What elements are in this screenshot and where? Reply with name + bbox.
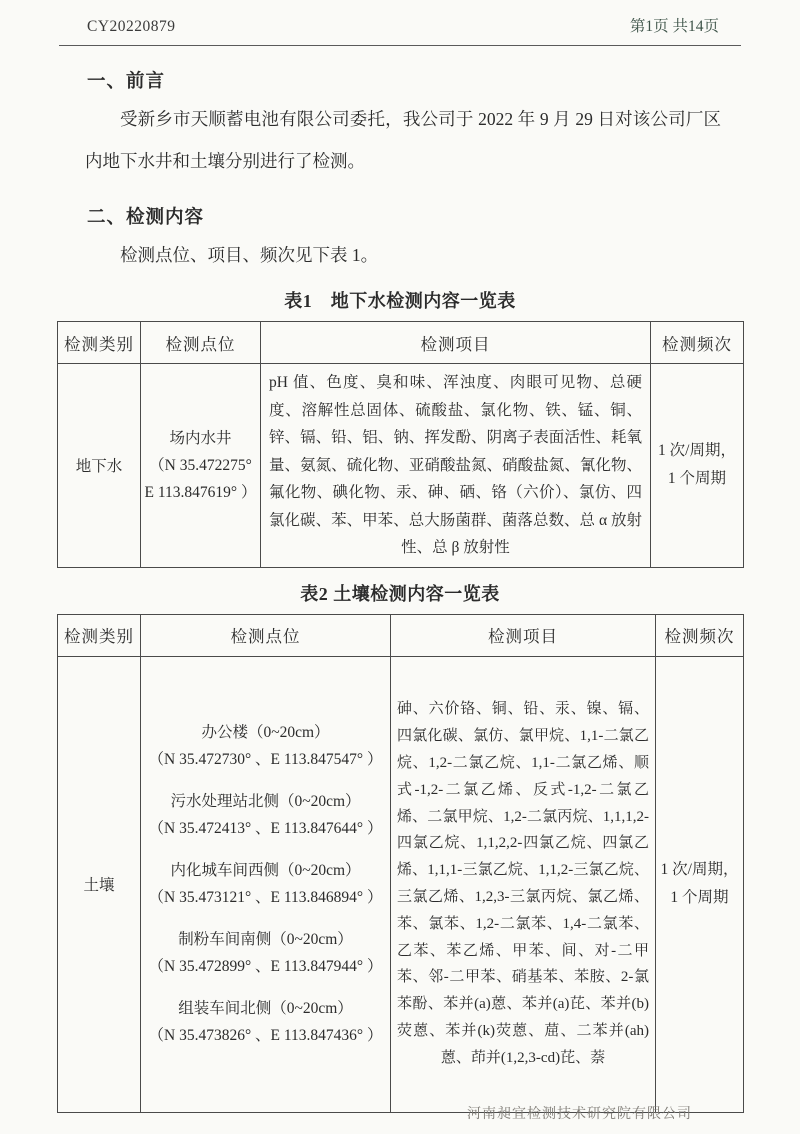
soil-table: 检测类别 检测点位 检测项目 检测频次 土壤 办公楼（0~20cm） （N 35… [57, 614, 744, 1113]
frequency-line: 1 个周期 [656, 884, 743, 912]
sampling-point-name: 办公楼（0~20cm） [141, 719, 390, 746]
page-number: 第1页 共14页 [630, 16, 719, 38]
document-number: CY20220879 [87, 16, 176, 38]
table2-title: 表2 土壤检测内容一览表 [57, 580, 743, 606]
table2-header-row: 检测类别 检测点位 检测项目 检测频次 [58, 614, 744, 656]
sampling-point: 制粉车间南侧（0~20cm） （N 35.472899° 、E 113.8479… [141, 926, 390, 980]
table2-col-items: 检测项目 [391, 614, 656, 656]
sampling-point: 办公楼（0~20cm） （N 35.472730° 、E 113.847547°… [141, 719, 390, 773]
sampling-point-coords: （N 35.472413° 、E 113.847644° ） [141, 815, 390, 842]
sampling-point-coords: （N 35.472730° 、E 113.847547° ） [141, 746, 390, 773]
table2-data-row: 土壤 办公楼（0~20cm） （N 35.472730° 、E 113.8475… [58, 656, 744, 1112]
sampling-point-coords: （N 35.473121° 、E 113.846894° ） [141, 884, 390, 911]
table1-location-cell: 场内水井 （N 35.472275° E 113.847619° ） [141, 364, 261, 568]
frequency-line: 1 个周期 [651, 465, 743, 493]
table2-col-frequency: 检测频次 [656, 614, 744, 656]
table2-col-category: 检测类别 [58, 614, 141, 656]
location-line: （N 35.472275° [141, 452, 260, 479]
footer-company-name: 河南昶宜检测技术研究院有限公司 [467, 1103, 692, 1123]
table1-frequency-cell: 1 次/周期， 1 个周期 [651, 364, 744, 568]
table1-col-frequency: 检测频次 [651, 322, 744, 364]
table2-items-cell: 砷、六价铬、铜、铅、汞、镍、镉、四氯化碳、氯仿、氯甲烷、1,1-二氯乙烷、1,2… [391, 656, 656, 1112]
location-line: E 113.847619° ） [141, 479, 260, 506]
page-header: CY20220879 第1页 共14页 [57, 16, 743, 38]
sampling-point-name: 污水处理站北侧（0~20cm） [141, 788, 390, 815]
frequency-line: 1 次/周期， [651, 437, 743, 465]
table1-category-cell: 地下水 [58, 364, 141, 568]
sampling-point: 组装车间北侧（0~20cm） （N 35.473826° 、E 113.8474… [141, 995, 390, 1049]
document-page: CY20220879 第1页 共14页 一、前言 受新乡市天顺蓄电池有限公司委托… [0, 0, 800, 1134]
sampling-point-name: 制粉车间南侧（0~20cm） [141, 926, 390, 953]
sampling-point-name: 内化城车间西侧（0~20cm） [141, 857, 390, 884]
table1-title: 表1 地下水检测内容一览表 [57, 287, 743, 313]
table2-frequency-cell: 1 次/周期， 1 个周期 [656, 656, 744, 1112]
content-intro-paragraph: 检测点位、项目、频次见下表 1。 [85, 234, 721, 276]
section-1-heading: 一、前言 [87, 67, 743, 93]
sampling-point-coords: （N 35.472899° 、E 113.847944° ） [141, 953, 390, 980]
frequency-line: 1 次/周期， [656, 856, 743, 884]
section-2-heading: 二、检测内容 [87, 203, 743, 229]
table2-category-cell: 土壤 [58, 656, 141, 1112]
sampling-point: 内化城车间西侧（0~20cm） （N 35.473121° 、E 113.846… [141, 857, 390, 911]
table1-col-category: 检测类别 [58, 322, 141, 364]
sampling-point-coords: （N 35.473826° 、E 113.847436° ） [141, 1022, 390, 1049]
preface-paragraph: 受新乡市天顺蓄电池有限公司委托，我公司于 2022 年 9 月 29 日对该公司… [85, 98, 721, 182]
table1-items-cell: pH 值、色度、臭和味、浑浊度、肉眼可见物、总硬度、溶解性总固体、硫酸盐、氯化物… [261, 364, 651, 568]
table1-header-row: 检测类别 检测点位 检测项目 检测频次 [58, 322, 744, 364]
table2-location-cell: 办公楼（0~20cm） （N 35.472730° 、E 113.847547°… [141, 656, 391, 1112]
location-line: 场内水井 [141, 425, 260, 452]
header-rule [59, 45, 741, 46]
sampling-point: 污水处理站北侧（0~20cm） （N 35.472413° 、E 113.847… [141, 788, 390, 842]
table1-data-row: 地下水 场内水井 （N 35.472275° E 113.847619° ） p… [58, 364, 744, 568]
table1-col-location: 检测点位 [141, 322, 261, 364]
sampling-point-name: 组装车间北侧（0~20cm） [141, 995, 390, 1022]
groundwater-table: 检测类别 检测点位 检测项目 检测频次 地下水 场内水井 （N 35.47227… [57, 321, 744, 568]
table1-col-items: 检测项目 [261, 322, 651, 364]
table2-col-location: 检测点位 [141, 614, 391, 656]
